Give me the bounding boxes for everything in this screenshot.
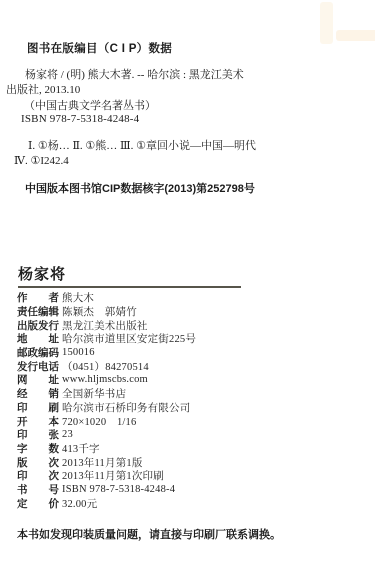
- book-title: 杨家将: [18, 263, 66, 284]
- table-row: 经 销 全国新华书店: [17, 387, 357, 401]
- row-value: （0451）84270514: [62, 359, 149, 374]
- row-value: 23: [62, 429, 73, 440]
- row-label: 定 价: [17, 496, 62, 511]
- table-row: 地 址 哈尔滨市道里区安定街225号: [17, 332, 357, 346]
- table-row: 版 次 2013年11月第1版: [17, 455, 357, 469]
- row-value: 720×1020 1/16: [62, 414, 136, 429]
- cip-block-heading: 图书在版编目（C I P）数据: [27, 40, 172, 56]
- table-row: 作 者 熊大木: [17, 291, 357, 305]
- row-value: 32.00元: [62, 496, 97, 511]
- table-row: 出版发行 黑龙江美术出版社: [17, 318, 357, 332]
- row-value: www.hljmscbs.com: [62, 374, 148, 385]
- table-row: 定 价 32.00元: [17, 496, 357, 510]
- table-row: 字 数 413千字: [17, 442, 357, 456]
- table-row: 印 张 23: [17, 428, 357, 442]
- table-row: 责任编辑 陈颖杰 郭婧竹: [17, 305, 357, 319]
- publication-info-table: 作 者 熊大木 责任编辑 陈颖杰 郭婧竹 出版发行 黑龙江美术出版社 地 址 哈…: [17, 291, 357, 510]
- scan-artifact: [320, 2, 333, 44]
- table-row: 开 本 720×1020 1/16: [17, 414, 357, 428]
- title-divider: [18, 286, 241, 288]
- row-value: 150016: [62, 347, 95, 358]
- table-row: 邮政编码 150016: [17, 346, 357, 360]
- row-value: 2013年11月第1次印刷: [62, 468, 164, 483]
- table-row: 印 次 2013年11月第1次印刷: [17, 469, 357, 483]
- row-value: 哈尔滨市道里区安定街225号: [62, 331, 196, 346]
- table-row: 书 号 ISBN 978-7-5318-4248-4: [17, 483, 357, 497]
- cip-isbn: ISBN 978-7-5318-4248-4: [21, 112, 139, 126]
- table-row: 网 址 www.hljmscbs.com: [17, 373, 357, 387]
- scan-artifact: [336, 30, 375, 41]
- cip-registry-number: 中国版本图书馆CIP数据核字(2013)第252798号: [25, 180, 255, 196]
- cip-record-line-2: 出版社, 2013.10: [6, 83, 80, 97]
- cip-classification-line-2: Ⅳ. ①I242.4: [14, 154, 69, 168]
- table-row: 印 刷 哈尔滨市石桥印务有限公司: [17, 401, 357, 415]
- row-value: ISBN 978-7-5318-4248-4: [62, 484, 175, 495]
- series-note: （中国古典文学名著丛书）: [24, 99, 156, 113]
- cip-classification-line-1: Ⅰ. ①杨… Ⅱ. ①熊… Ⅲ. ①章回小说—中国—明代: [28, 139, 256, 153]
- table-row: 发行电话 （0451）84270514: [17, 359, 357, 373]
- copyright-page: 图书在版编目（C I P）数据 杨家将 / (明) 熊大木著. -- 哈尔滨 :…: [0, 0, 375, 565]
- quality-notice: 本书如发现印装质量问题，请直接与印刷厂联系调换。: [17, 526, 281, 542]
- cip-record-line-1: 杨家将 / (明) 熊大木著. -- 哈尔滨 : 黑龙江美术: [25, 68, 244, 82]
